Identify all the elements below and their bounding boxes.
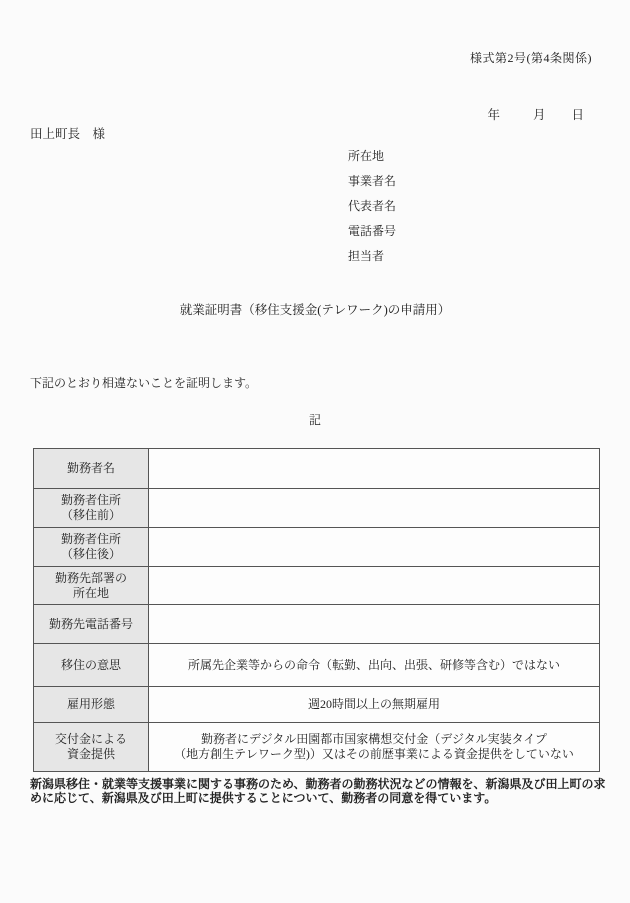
date-month-label: 月 xyxy=(533,108,546,122)
row-label: 勤務者住所（移住後） xyxy=(34,528,149,567)
row-label: 勤務先電話番号 xyxy=(34,605,149,644)
row-label: 勤務者名 xyxy=(34,449,149,489)
certificate-table: 勤務者名 勤務者住所（移住前） 勤務者住所（移住後） 勤務先部署の所在地 勤務先… xyxy=(33,448,600,772)
table-row-grant-funding: 交付金による資金提供 勤務者にデジタル田園都市国家構想交付金（デジタル実装タイプ… xyxy=(34,723,600,772)
sender-field-business-name: 事業者名 xyxy=(348,169,396,194)
row-value xyxy=(149,449,600,489)
document-page: 様式第2号(第4条関係) 年月日 田上町長 様 所在地 事業者名 代表者名 電話… xyxy=(0,0,630,903)
consent-note: 新潟県移住・就業等支援事業に関する事務のため、勤務者の勤務状況などの情報を、新潟… xyxy=(30,777,608,805)
row-label: 雇用形態 xyxy=(34,687,149,723)
row-value: 勤務者にデジタル田園都市国家構想交付金（デジタル実装タイプ（地方創生テレワーク型… xyxy=(149,723,600,772)
row-value: 週20時間以上の無期雇用 xyxy=(149,687,600,723)
sender-field-contact-person: 担当者 xyxy=(348,244,396,269)
sender-field-location: 所在地 xyxy=(348,144,396,169)
table-row-address-before: 勤務者住所（移住前） xyxy=(34,489,600,528)
sender-field-representative: 代表者名 xyxy=(348,194,396,219)
row-label: 移住の意思 xyxy=(34,644,149,687)
table-row-address-after: 勤務者住所（移住後） xyxy=(34,528,600,567)
sender-block: 所在地 事業者名 代表者名 電話番号 担当者 xyxy=(348,144,396,269)
row-label: 勤務者住所（移住前） xyxy=(34,489,149,528)
document-title: 就業証明書（移住支援金(テレワーク)の申請用） xyxy=(0,300,630,318)
date-year-label: 年 xyxy=(487,108,500,122)
row-label: 交付金による資金提供 xyxy=(34,723,149,772)
date-day-label: 日 xyxy=(571,108,584,122)
row-label: 勤務先部署の所在地 xyxy=(34,567,149,605)
table-row-workplace-location: 勤務先部署の所在地 xyxy=(34,567,600,605)
row-value: 所属先企業等からの命令（転勤、出向、出張、研修等含む）ではない xyxy=(149,644,600,687)
table-row-worker-name: 勤務者名 xyxy=(34,449,600,489)
row-value xyxy=(149,567,600,605)
table-row-relocation-intent: 移住の意思 所属先企業等からの命令（転勤、出向、出張、研修等含む）ではない xyxy=(34,644,600,687)
sender-field-phone: 電話番号 xyxy=(348,219,396,244)
date-line: 年月日 xyxy=(487,105,584,123)
ki-heading: 記 xyxy=(0,411,630,428)
row-value xyxy=(149,489,600,528)
addressee: 田上町長 様 xyxy=(30,124,105,142)
declaration-text: 下記のとおり相違ないことを証明します。 xyxy=(30,374,257,391)
table-row-employment-type: 雇用形態 週20時間以上の無期雇用 xyxy=(34,687,600,723)
row-value xyxy=(149,528,600,567)
row-value xyxy=(149,605,600,644)
table-row-workplace-phone: 勤務先電話番号 xyxy=(34,605,600,644)
form-number: 様式第2号(第4条関係) xyxy=(470,49,592,66)
